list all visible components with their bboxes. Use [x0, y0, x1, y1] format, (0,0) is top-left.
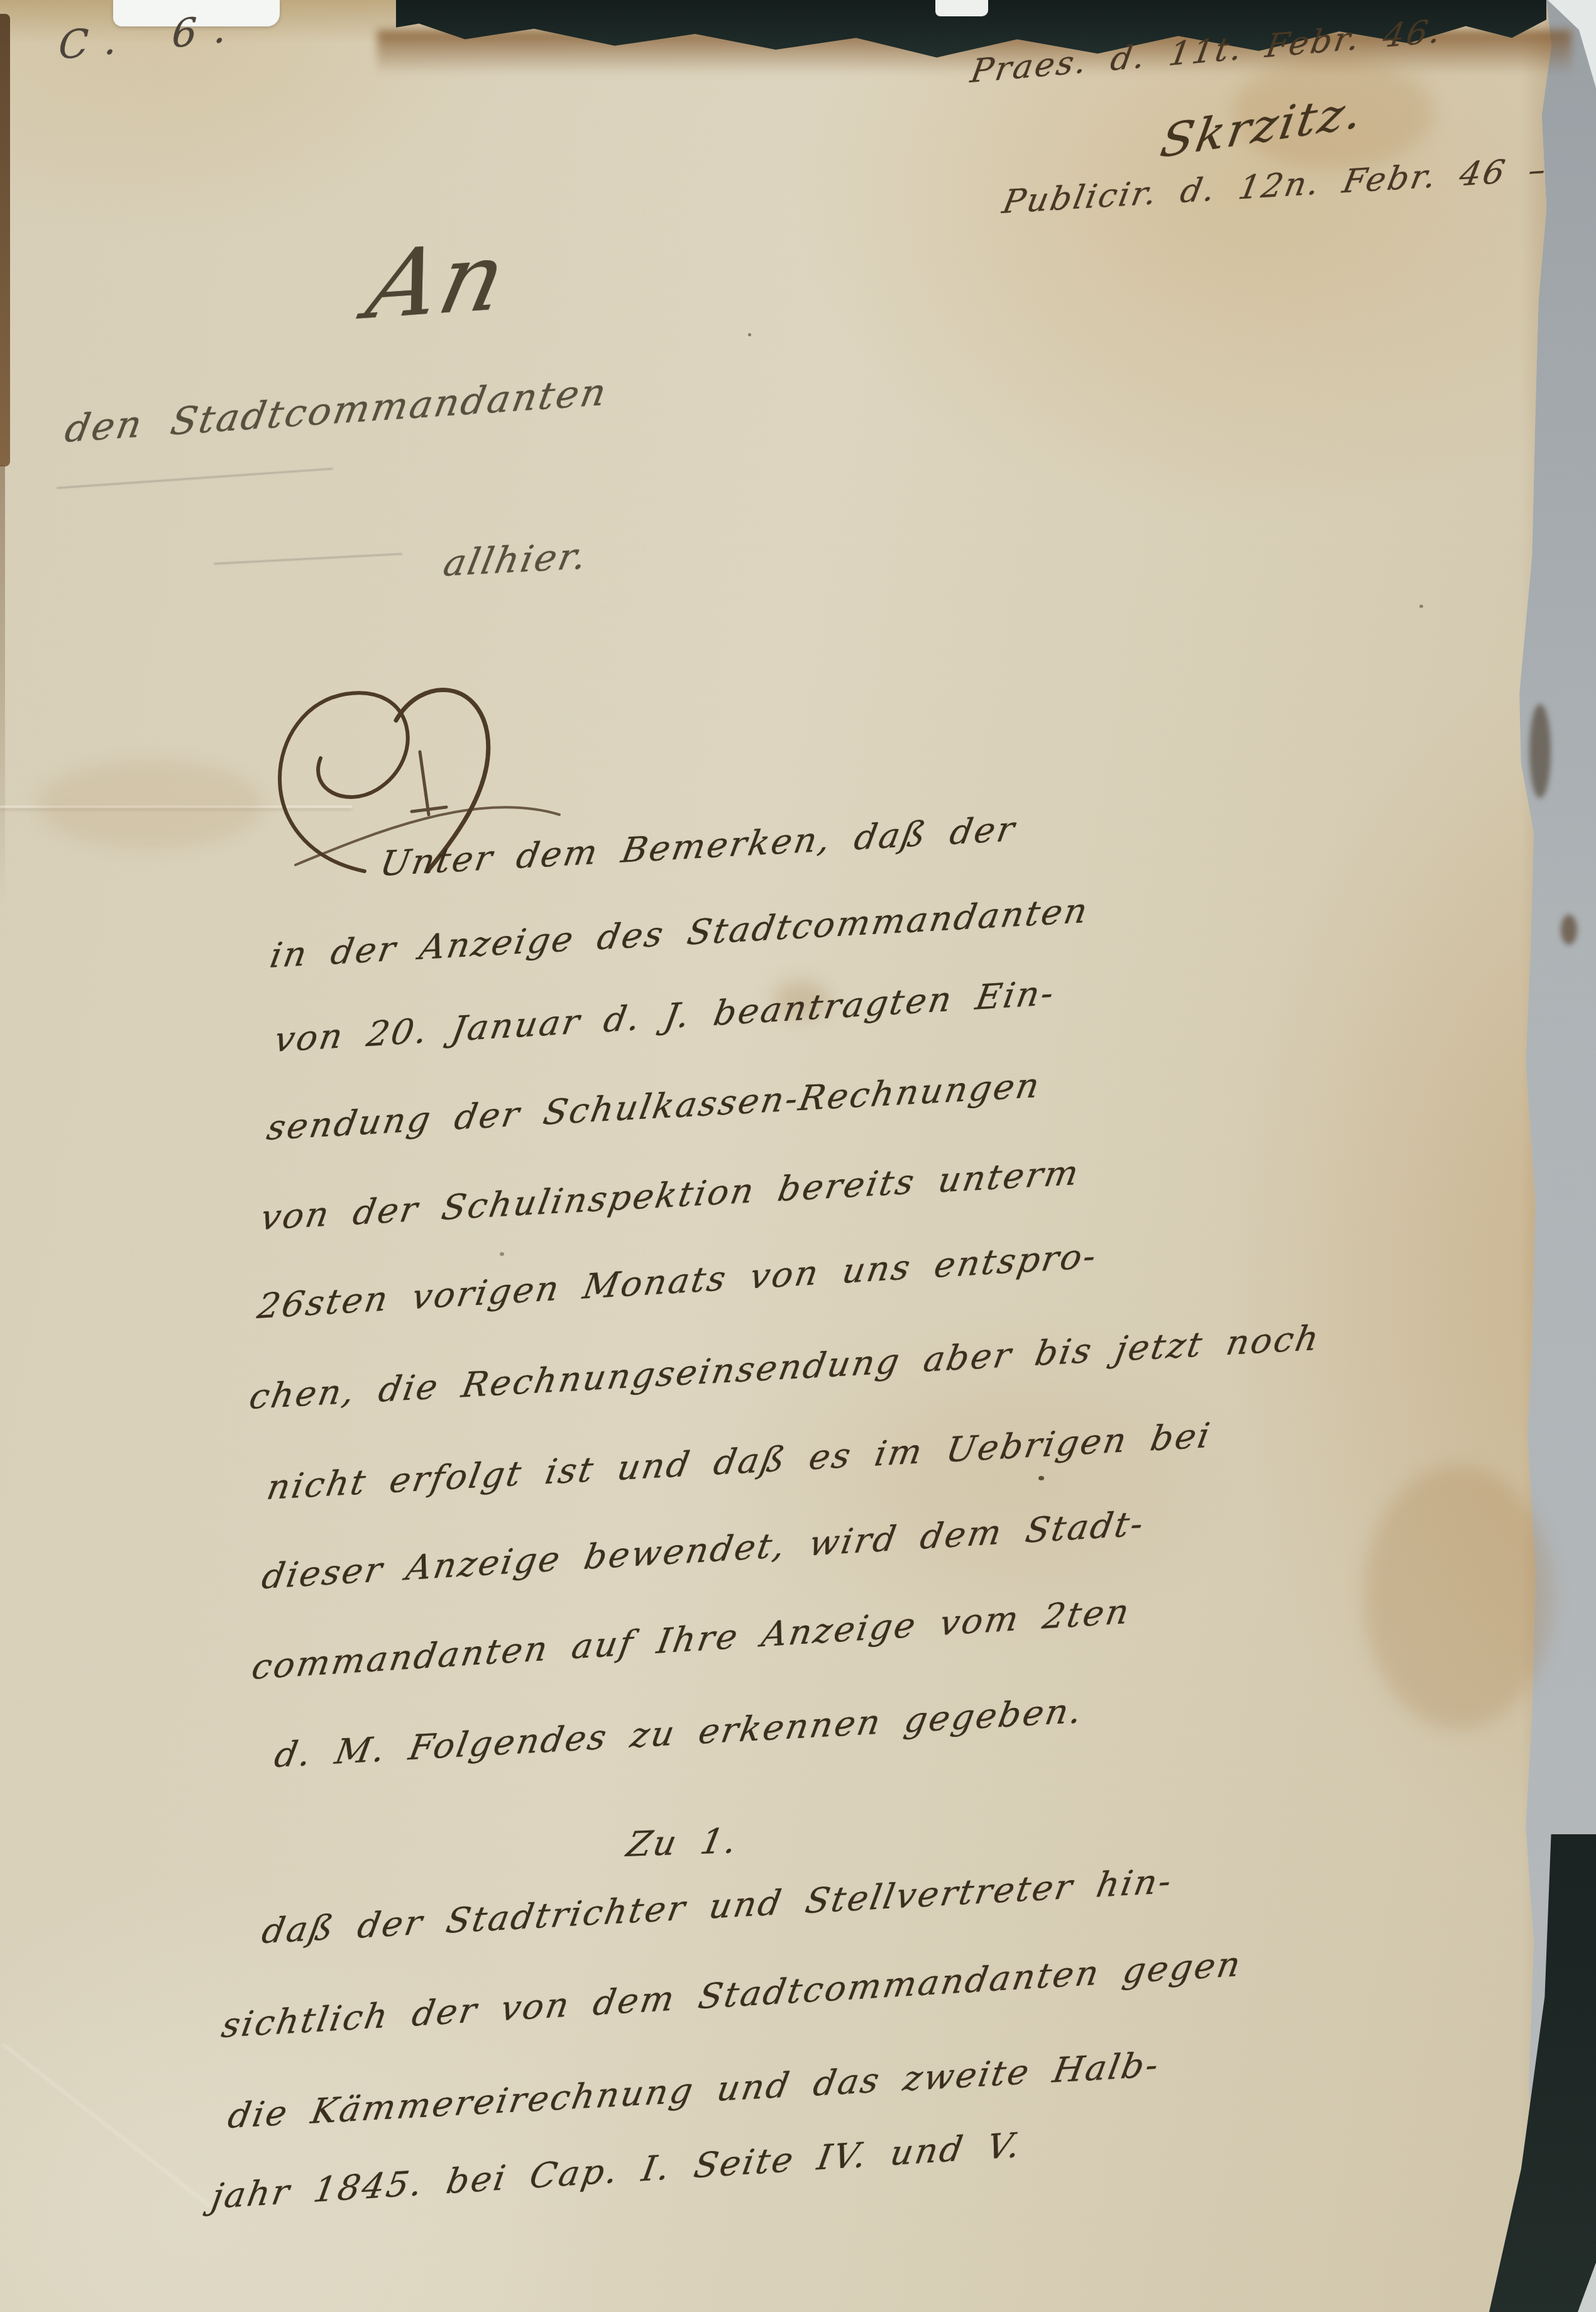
- burned-edge-notch: [1561, 915, 1577, 945]
- white-sheet-fragment: [935, 0, 988, 16]
- manuscript-scan: C. 6. Praes. d. 11t. Febr. 46. Skrzitz. …: [0, 0, 1596, 2312]
- paper-stain: [1364, 1465, 1553, 1729]
- ink-speck: [500, 1252, 504, 1256]
- ink-speck: [1038, 1476, 1044, 1480]
- section-heading-zu-1: Zu 1.: [624, 1820, 742, 1864]
- dark-left-binding-edge: [0, 14, 10, 466]
- burned-edge-notch: [1529, 704, 1551, 798]
- letter-page: [0, 0, 1596, 2312]
- place-line: allhier.: [440, 534, 592, 585]
- ink-speck: [1419, 605, 1423, 608]
- paper-stain: [38, 761, 264, 849]
- salutation-an: An: [358, 223, 517, 341]
- left-edge-shadow: [0, 465, 5, 905]
- ink-speck: [748, 333, 751, 336]
